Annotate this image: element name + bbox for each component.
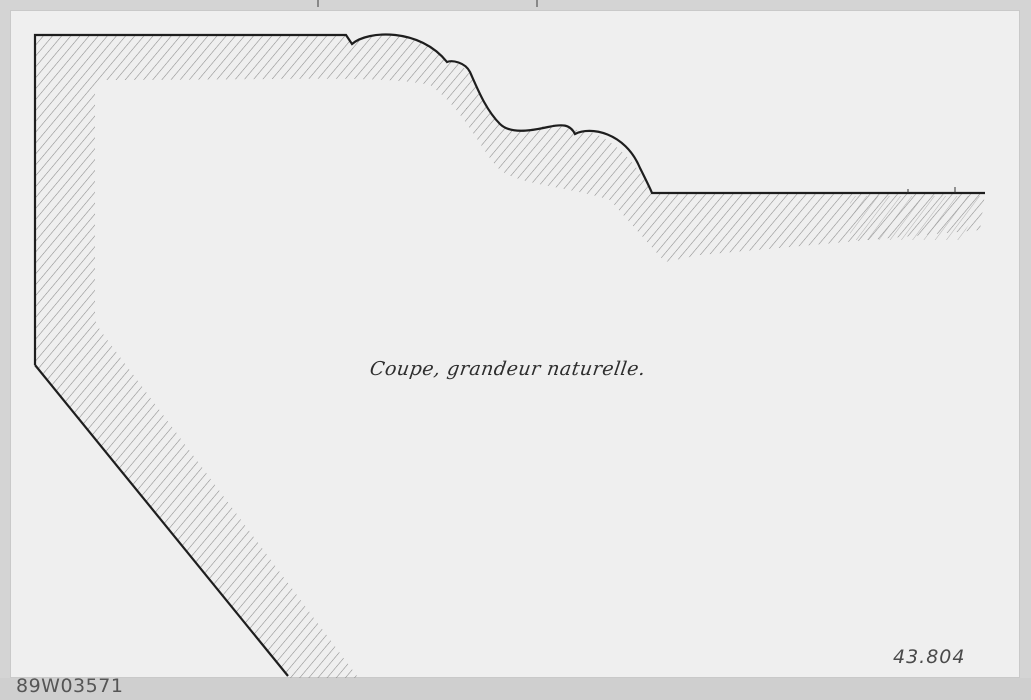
bottom-strip (0, 678, 1031, 700)
diagonal-outline (35, 365, 288, 676)
section-drawing (0, 0, 1031, 700)
scanned-drawing: Coupe, grandeur naturelle. 43.804 89W035… (0, 0, 1031, 700)
archive-id-label: 89W03571 (16, 675, 123, 697)
trailing-hatch (850, 196, 985, 240)
drawing-caption: Coupe, grandeur naturelle. (368, 358, 647, 380)
inventory-number: 43.804 (893, 646, 965, 668)
